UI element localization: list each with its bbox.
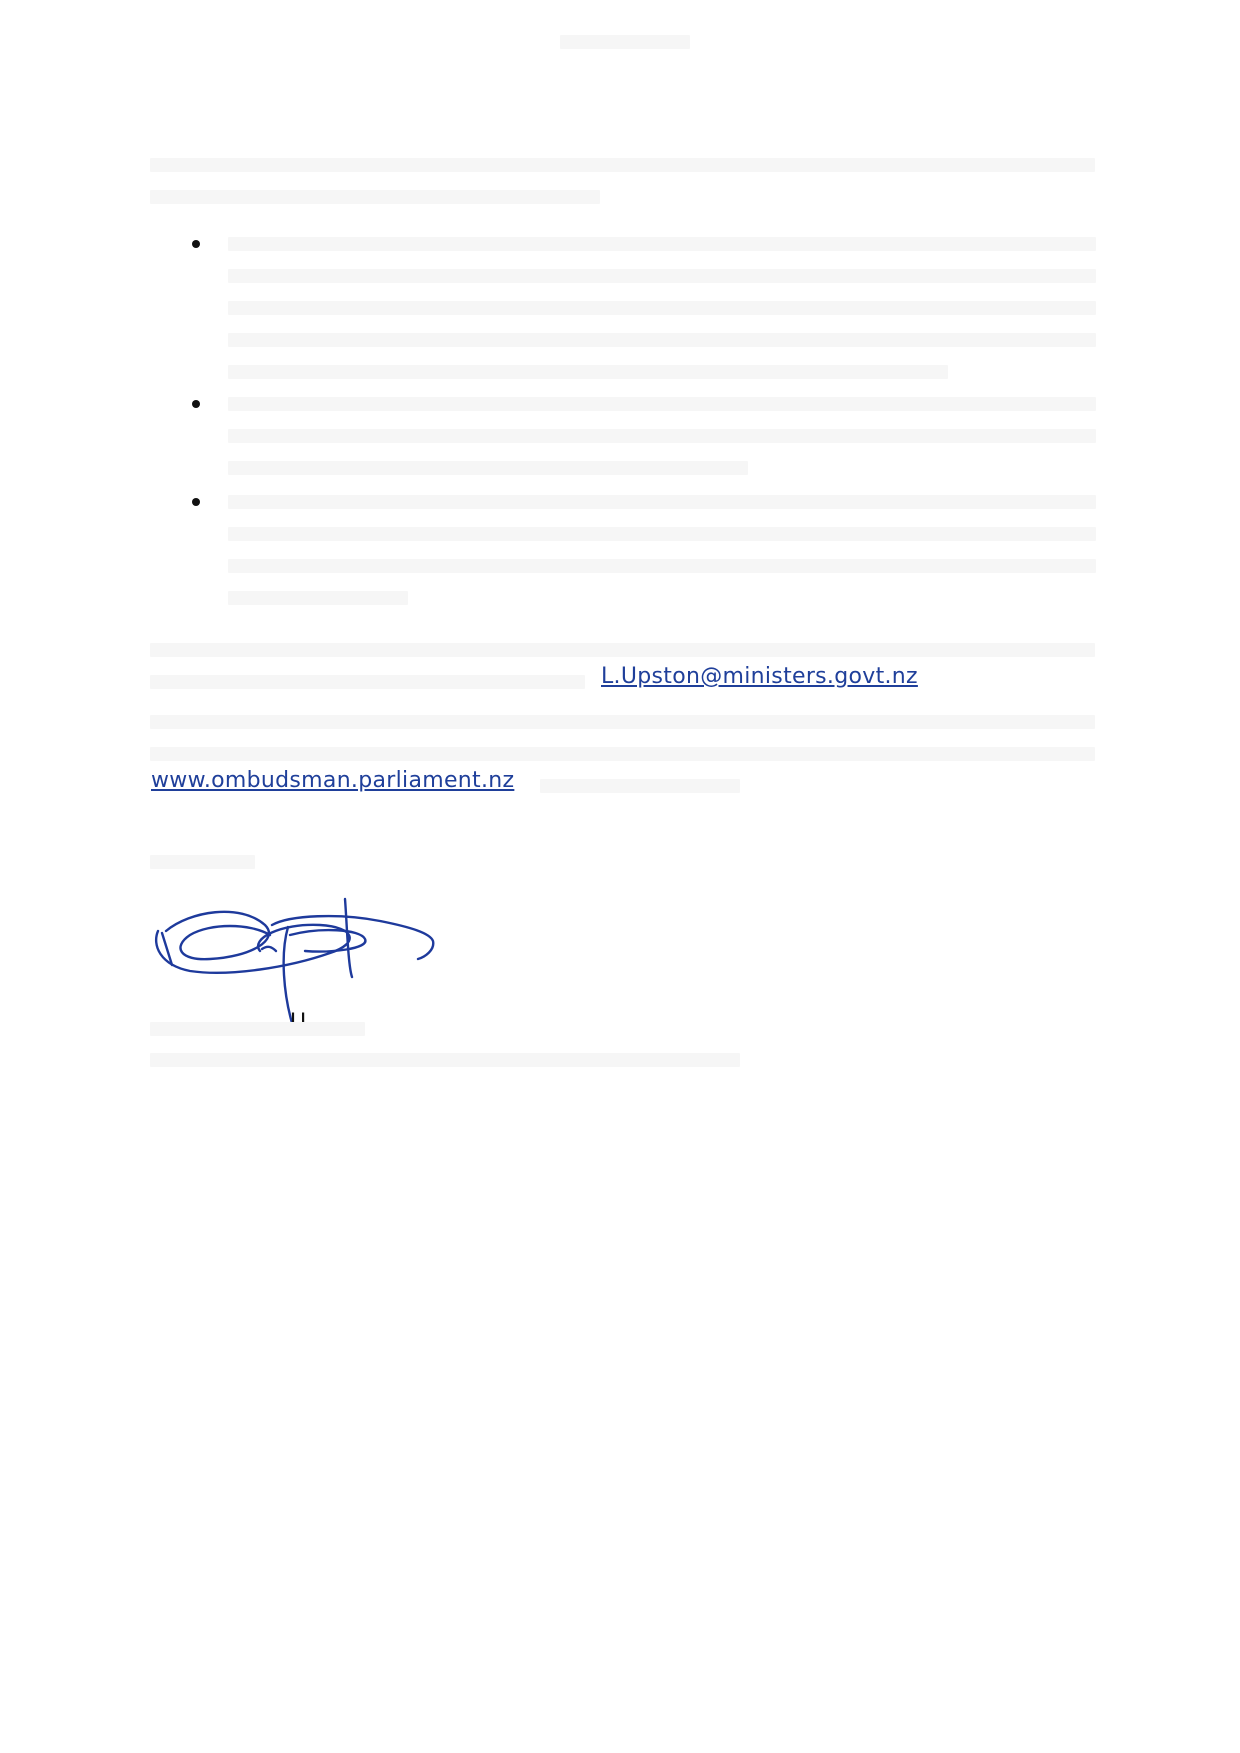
faint-bullet-line xyxy=(228,269,1096,283)
bullet-marker xyxy=(192,400,200,408)
faint-bullet-line xyxy=(228,333,1096,347)
faint-bullet-line xyxy=(228,365,948,379)
faint-bullet-line xyxy=(228,301,1096,315)
faint-intro-line xyxy=(150,190,600,204)
faint-contact-line xyxy=(150,675,585,689)
faint-bullet-line xyxy=(228,527,1096,541)
faint-contact-line xyxy=(150,643,1095,657)
bullet-marker xyxy=(192,240,200,248)
faint-signoff xyxy=(150,855,255,869)
faint-bullet-line xyxy=(228,237,1096,251)
faint-bullet-line xyxy=(228,429,1096,443)
ombudsman-website-link[interactable]: www.ombudsman.parliament.nz xyxy=(151,768,514,793)
faint-bullet-line xyxy=(228,461,748,475)
faint-signatory-name xyxy=(150,1022,365,1036)
faint-signatory-title xyxy=(150,1053,740,1067)
faint-bullet-line xyxy=(228,397,1096,411)
faint-bullet-line xyxy=(228,559,1096,573)
faint-bullet-line xyxy=(228,591,408,605)
faint-ombudsman-line xyxy=(150,715,1095,729)
minister-email-link[interactable]: L.Upston@ministers.govt.nz xyxy=(601,664,918,689)
faint-header-text xyxy=(560,35,690,49)
faint-ombudsman-line xyxy=(150,747,1095,761)
faint-ombudsman-line xyxy=(540,779,740,793)
bullet-marker xyxy=(192,498,200,506)
faint-bullet-line xyxy=(228,495,1096,509)
faint-intro-line xyxy=(150,158,1095,172)
